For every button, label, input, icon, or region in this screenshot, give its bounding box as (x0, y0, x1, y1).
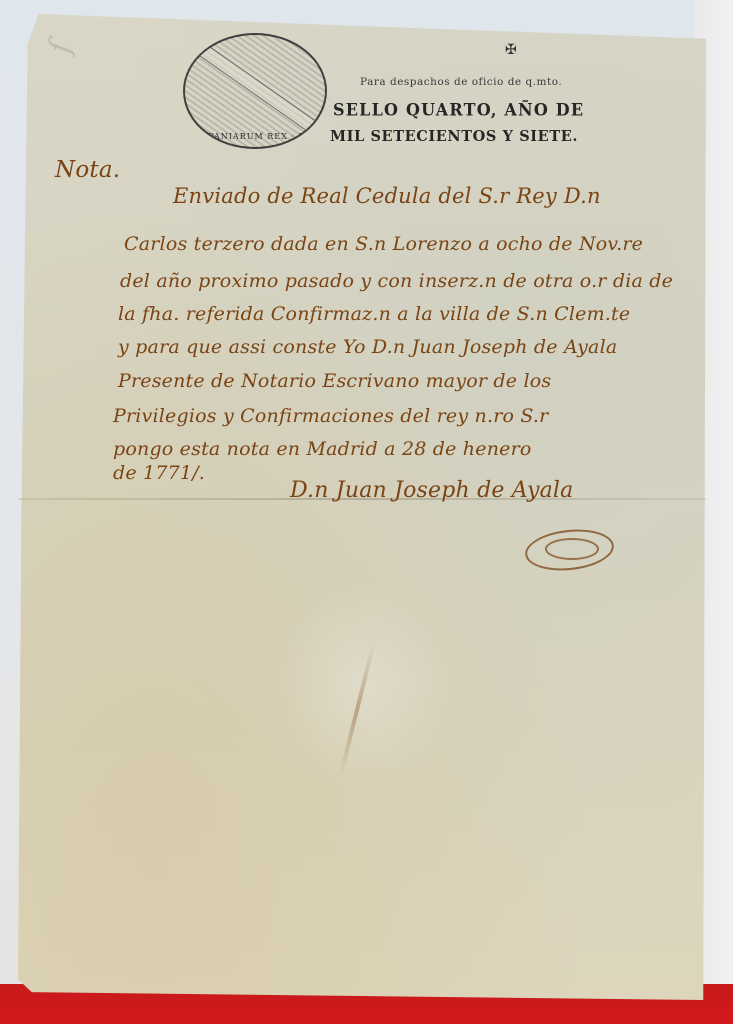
stamp-subline: Para despachos de oficio de q.mto. (360, 76, 562, 88)
manuscript-line: la fha. referida Confirmaz.n a la villa … (118, 303, 630, 325)
seal-diagonal-band (186, 36, 327, 145)
stamp-heading-line-2: MIL SETECIENTOS Y SIETE. (330, 128, 578, 146)
signature: D.n Juan Joseph de Ayala (290, 478, 574, 503)
seal-legend: HISPANIARUM REX · D·G· (185, 132, 325, 141)
stamp-heading-line-1: SELLO QUARTO, AÑO DE (333, 100, 584, 120)
manuscript-line: del año proximo pasado y con inserz.n de… (120, 270, 673, 292)
manuscript-line: de 1771/. (113, 462, 205, 484)
manuscript-line: Enviado de Real Cedula del S.r Rey D.n (173, 184, 601, 208)
margin-note: Nota. (55, 157, 120, 183)
document-paper (18, 14, 706, 1004)
cross-icon: ✠ (505, 42, 517, 58)
signature-rubric-loop (545, 538, 599, 560)
manuscript-line: Carlos terzero dada en S.n Lorenzo a och… (124, 233, 643, 255)
manuscript-line: y para que assi conste Yo D.n Juan Josep… (118, 336, 617, 358)
manuscript-line: Privilegios y Confirmaciones del rey n.r… (113, 405, 548, 427)
royal-seal-stamp: HISPANIARUM REX · D·G· (183, 33, 327, 149)
manuscript-line: Presente de Notario Escrivano mayor de l… (118, 370, 551, 392)
manuscript-line: pongo esta nota en Madrid a 28 de henero (113, 438, 532, 460)
